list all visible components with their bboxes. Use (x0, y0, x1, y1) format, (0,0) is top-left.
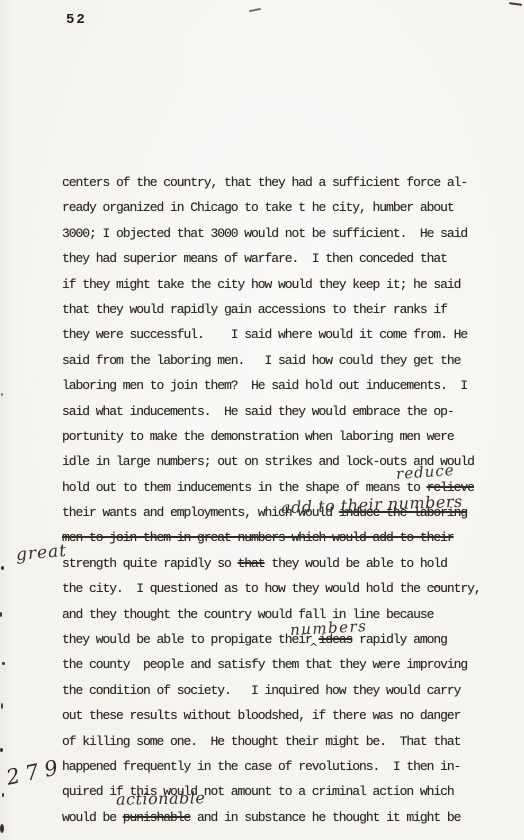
typed-text: 3000; I objected that 3000 would not be … (62, 226, 467, 241)
scan-speck (0, 612, 2, 617)
typed-line: said from the laboring men. I said how c… (62, 348, 510, 373)
typed-text: if they might take the city how would th… (62, 277, 460, 292)
typed-text: and they thought the country would fall … (62, 607, 433, 622)
typed-text: portunity to make the demonstration when… (62, 429, 454, 444)
pen-mark (249, 8, 261, 12)
typed-text: would be (62, 810, 123, 825)
typed-line: they were successful. I said where would… (62, 322, 510, 347)
typed-text: out these results without bloodshed, if … (62, 708, 460, 723)
scan-speck (2, 793, 4, 797)
typed-text: ready organized in Chicago to take t he … (62, 200, 454, 215)
typed-text: happened frequently in the case of revol… (62, 759, 460, 774)
scanned-typescript-page: 52 centers of the country, that they had… (0, 0, 524, 840)
typed-line: strength quite rapidly so that they woul… (62, 551, 510, 576)
typed-text: that they would rapidly gain accessions … (62, 302, 447, 317)
struck-text: men to join them in great numbers which … (62, 530, 454, 545)
typed-line: ready organized in Chicago to take t he … (62, 195, 510, 220)
typed-text: they would be able to propigate their (62, 632, 319, 647)
scan-speck (0, 748, 3, 752)
typed-text: the city. I questioned as to how they wo… (62, 581, 481, 596)
typed-line: they had superior means of warfare. I th… (62, 246, 510, 271)
typed-text: said from the laboring men. I said how c… (62, 353, 460, 368)
typed-text: and in substance he thought it might be (190, 810, 460, 825)
typed-text: the condition of society. I inquired how… (62, 683, 460, 698)
typed-line: centers of the country, that they had a … (62, 170, 510, 195)
typed-text: hold out to them inducements in the shap… (62, 480, 427, 495)
handwritten-margin-note-great: great (15, 541, 68, 565)
typed-line: if they might take the city how would th… (62, 272, 510, 297)
typed-line: the city. I questioned as to how they wo… (62, 576, 510, 601)
handwritten-page-number-279: 279 (4, 754, 66, 790)
typed-text: of killing some one. He thought their mi… (62, 734, 460, 749)
typed-line: would be punishable and in substance he … (62, 805, 510, 830)
typed-line: men to join them in great numbers which … (62, 525, 510, 550)
typed-line: laboring men to join them? He said hold … (62, 373, 510, 398)
typed-line: happened frequently in the case of revol… (62, 754, 510, 779)
scan-speck (2, 662, 5, 665)
typed-line: that they would rapidly gain accessions … (62, 297, 510, 322)
page-number: 52 (66, 12, 87, 28)
typed-text: strength quite rapidly so (62, 556, 238, 571)
handwritten-correction-actionable: actionable (116, 788, 206, 809)
typed-line: they would be able to propigate their id… (62, 627, 510, 652)
scan-speck (0, 824, 4, 833)
typed-line: portunity to make the demonstration when… (62, 424, 510, 449)
typed-line: and they thought the country would fall … (62, 602, 510, 627)
scan-speck (1, 566, 4, 570)
scan-speck (1, 393, 3, 396)
caret-mark: ^ (309, 641, 318, 654)
typed-line: 3000; I objected that 3000 would not be … (62, 221, 510, 246)
scan-speck (1, 703, 3, 709)
typed-line: of killing some one. He thought their mi… (62, 729, 510, 754)
typed-text: they were successful. I said where would… (62, 327, 467, 342)
struck-text: that (238, 556, 265, 571)
typed-text: they had superior means of warfare. I th… (62, 251, 447, 266)
typed-line: said what inducements. He said they woul… (62, 399, 510, 424)
typed-text: centers of the country, that they had a … (62, 175, 467, 190)
typed-line: the condition of society. I inquired how… (62, 678, 510, 703)
typed-line: out these results without bloodshed, if … (62, 703, 510, 728)
struck-text: punishable (123, 810, 191, 825)
typed-text: the county people and satisfy them that … (62, 657, 467, 672)
typed-line: the county people and satisfy them that … (62, 652, 510, 677)
typed-text: said what inducements. He said they woul… (62, 404, 454, 419)
typed-text: laboring men to join them? He said hold … (62, 378, 467, 393)
typed-text: they would be able to hold (265, 556, 447, 571)
pen-mark (509, 2, 522, 6)
